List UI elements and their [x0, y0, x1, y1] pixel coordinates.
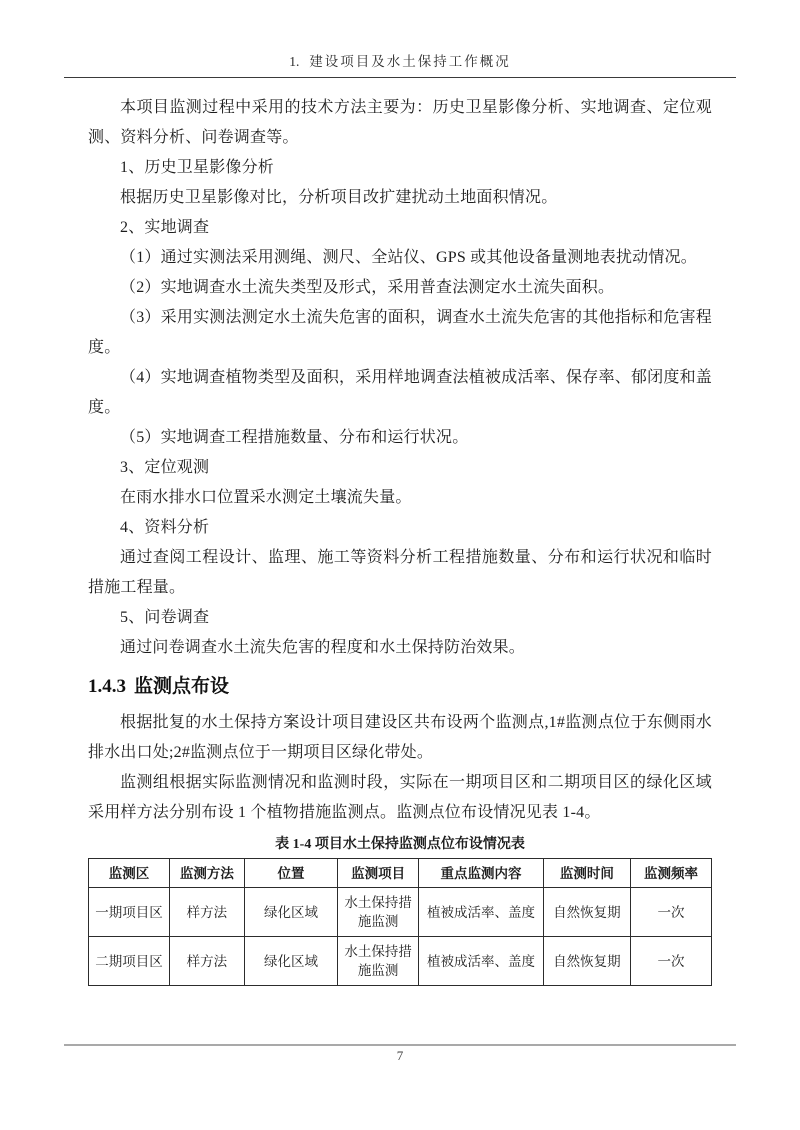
section-number: 1.4.3	[88, 676, 126, 697]
sub-list-item: （1）通过实测法采用测绳、测尺、全站仪、GPS 或其他设备量测地表扰动情况。	[88, 243, 712, 273]
cell-item: 水土保持措施监测	[338, 937, 419, 986]
sub-list-item: （5）实地调查工程措施数量、分布和运行状况。	[88, 423, 712, 453]
col-header-item: 监测项目	[338, 859, 419, 888]
cell-method: 样方法	[169, 888, 244, 937]
page-header: 1.建设项目及水土保持工作概况	[64, 50, 736, 78]
cell-time: 自然恢复期	[543, 888, 630, 937]
cell-time: 自然恢复期	[543, 937, 630, 986]
cell-key-content: 植被成活率、盖度	[419, 937, 544, 986]
paragraph: 本项目监测过程中采用的技术方法主要为：历史卫星影像分析、实地调查、定位观测、资料…	[88, 93, 712, 153]
monitoring-points-table: 监测区 监测方法 位置 监测项目 重点监测内容 监测时间 监测频率 一期项目区 …	[88, 858, 712, 986]
cell-key-content: 植被成活率、盖度	[419, 888, 544, 937]
paragraph: 根据历史卫星影像对比，分析项目改扩建扰动土地面积情况。	[88, 183, 712, 213]
list-item: 3、定位观测	[88, 453, 712, 483]
col-header-key-content: 重点监测内容	[419, 859, 544, 888]
cell-method: 样方法	[169, 937, 244, 986]
page-number: 7	[0, 1048, 800, 1064]
chapter-title: 建设项目及水土保持工作概况	[309, 54, 511, 69]
paragraph: 通过查阅工程设计、监理、施工等资料分析工程措施数量、分布和运行状况和临时措施工程…	[88, 543, 712, 603]
col-header-frequency: 监测频率	[630, 859, 711, 888]
list-item: 5、问卷调查	[88, 603, 712, 633]
col-header-monitor-zone: 监测区	[89, 859, 170, 888]
cell-zone: 一期项目区	[89, 888, 170, 937]
col-header-method: 监测方法	[169, 859, 244, 888]
paragraph: 通过问卷调查水土流失危害的程度和水土保持防治效果。	[88, 633, 712, 663]
table-header-row: 监测区 监测方法 位置 监测项目 重点监测内容 监测时间 监测频率	[89, 859, 712, 888]
body-content: 本项目监测过程中采用的技术方法主要为：历史卫星影像分析、实地调查、定位观测、资料…	[88, 93, 712, 986]
footer-rule	[64, 1044, 736, 1046]
table-caption: 表 1-4 项目水土保持监测点位布设情况表	[88, 834, 712, 856]
list-item: 2、实地调查	[88, 213, 712, 243]
table-row: 二期项目区 样方法 绿化区域 水土保持措施监测 植被成活率、盖度 自然恢复期 一…	[89, 937, 712, 986]
cell-location: 绿化区域	[244, 937, 337, 986]
cell-item: 水土保持措施监测	[338, 888, 419, 937]
chapter-number: 1.	[289, 54, 299, 69]
section-heading: 1.4.3监测点布设	[88, 671, 712, 703]
col-header-location: 位置	[244, 859, 337, 888]
sub-list-item: （4）实地调查植物类型及面积，采用样地调查法植被成活率、保存率、郁闭度和盖度。	[88, 363, 712, 423]
col-header-time: 监测时间	[543, 859, 630, 888]
cell-zone: 二期项目区	[89, 937, 170, 986]
paragraph: 在雨水排水口位置采水测定土壤流失量。	[88, 483, 712, 513]
list-item: 4、资料分析	[88, 513, 712, 543]
sub-list-item: （3）采用实测法测定水土流失危害的面积，调查水土流失危害的其他指标和危害程度。	[88, 303, 712, 363]
sub-list-item: （2）实地调查水土流失类型及形式，采用普查法测定水土流失面积。	[88, 273, 712, 303]
section-title: 监测点布设	[134, 676, 229, 697]
list-item: 1、历史卫星影像分析	[88, 153, 712, 183]
table-row: 一期项目区 样方法 绿化区域 水土保持措施监测 植被成活率、盖度 自然恢复期 一…	[89, 888, 712, 937]
paragraph: 根据批复的水土保持方案设计项目建设区共布设两个监测点,1#监测点位于东侧雨水排水…	[88, 708, 712, 768]
cell-location: 绿化区域	[244, 888, 337, 937]
document-page: 1.建设项目及水土保持工作概况 本项目监测过程中采用的技术方法主要为：历史卫星影…	[0, 0, 800, 1130]
cell-frequency: 一次	[630, 937, 711, 986]
cell-frequency: 一次	[630, 888, 711, 937]
paragraph: 监测组根据实际监测情况和监测时段，实际在一期项目区和二期项目区的绿化区域采用样方…	[88, 768, 712, 828]
